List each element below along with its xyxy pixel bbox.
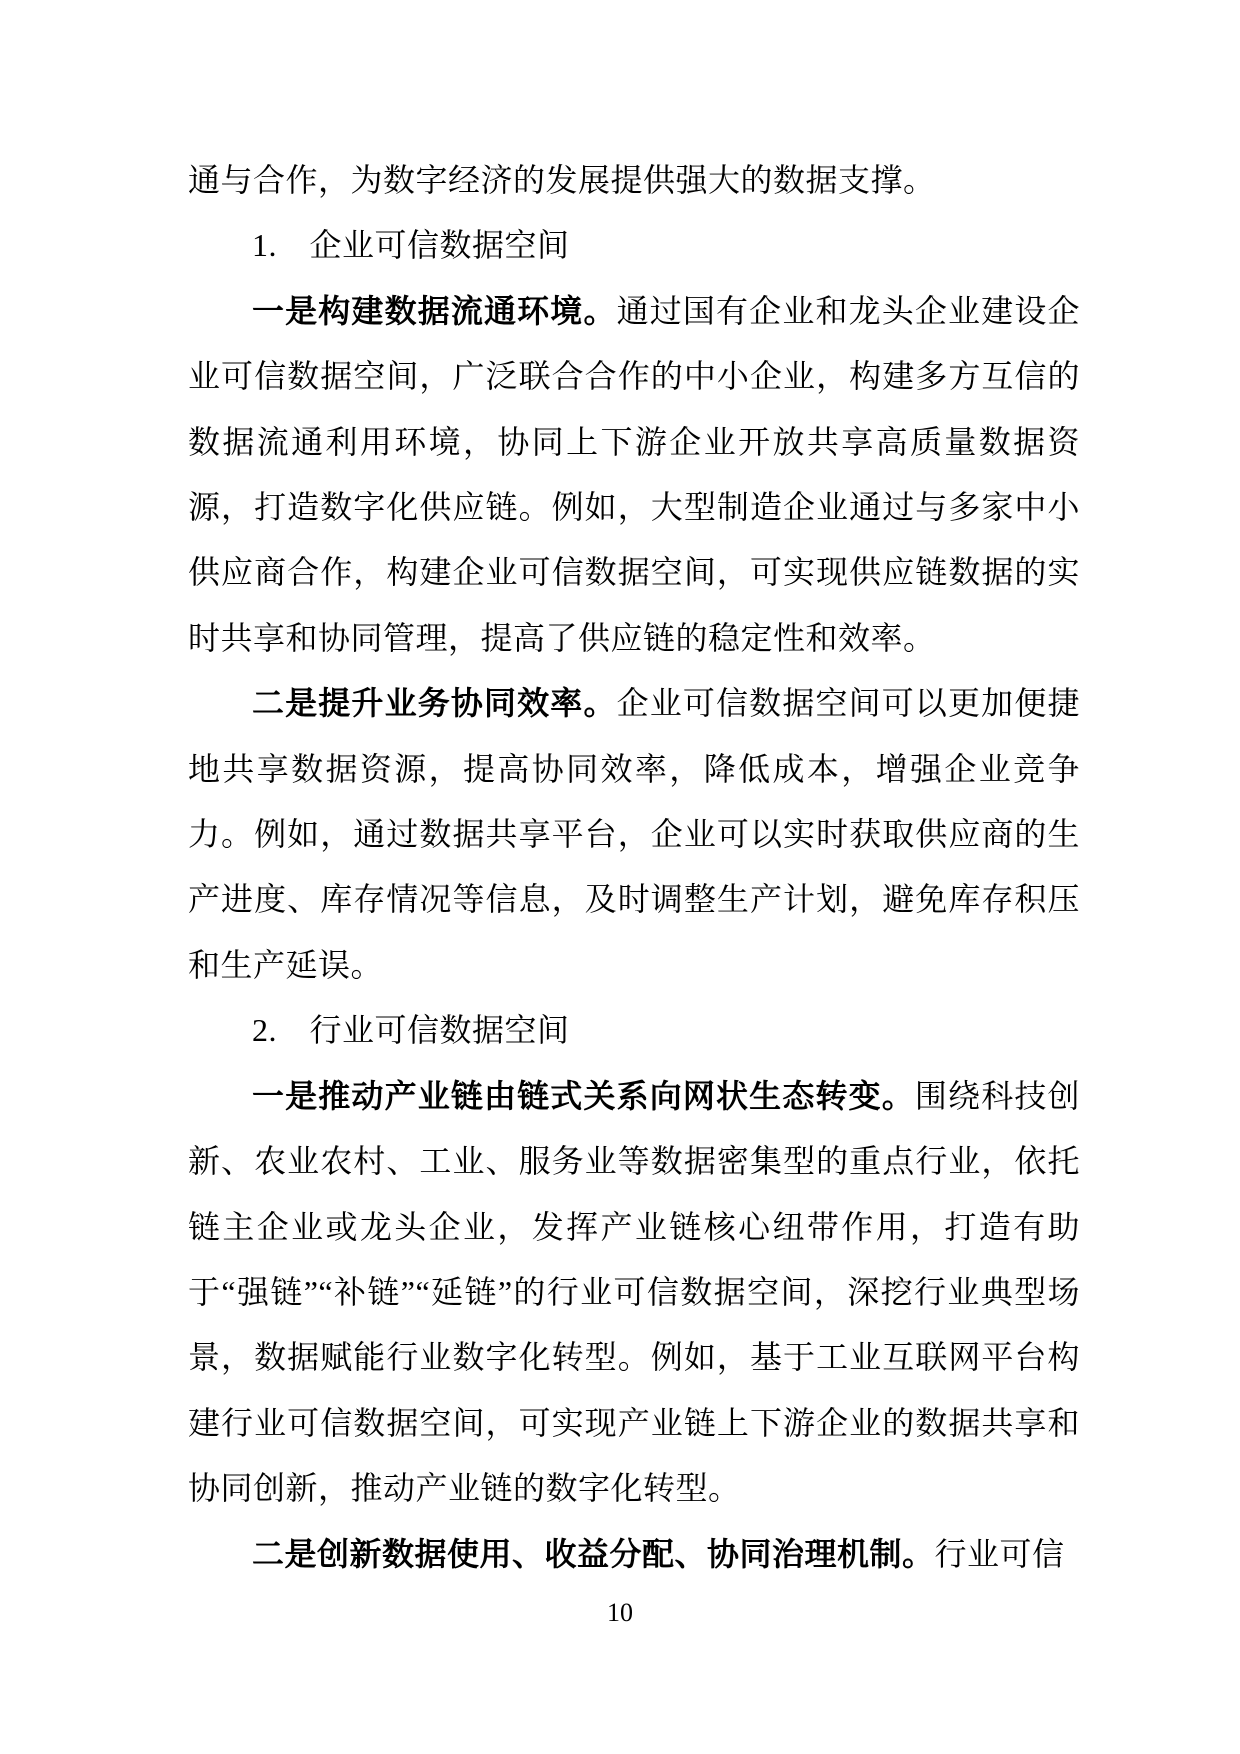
- paragraph-text: 通过国有企业和龙头企业建设企业可信数据空间，广泛联合合作的中小企业，构建多方互信…: [188, 293, 1080, 656]
- section-heading-2: 2. 行业可信数据空间: [188, 998, 1080, 1063]
- paragraph-lead-bold: 二是提升业务协同效率。: [252, 685, 617, 721]
- document-body: 通与合作，为数字经济的发展提供强大的数据支撑。 1. 企业可信数据空间 一是构建…: [188, 148, 1080, 1587]
- heading-text: 1. 企业可信数据空间: [252, 227, 570, 263]
- paragraph-text: 围绕科技创新、农业农村、工业、服务业等数据密集型的重点行业，依托链主企业或龙头企…: [188, 1078, 1080, 1506]
- page-number: 10: [0, 1598, 1240, 1628]
- paragraph-lead-bold: 一是推动产业链由链式关系向网状生态转变。: [252, 1078, 915, 1114]
- section-heading-1: 1. 企业可信数据空间: [188, 213, 1080, 278]
- paragraph: 一是推动产业链由链式关系向网状生态转变。围绕科技创新、农业农村、工业、服务业等数…: [188, 1064, 1080, 1522]
- paragraph-continuation: 通与合作，为数字经济的发展提供强大的数据支撑。: [188, 148, 1080, 213]
- paragraph-lead-bold: 一是构建数据流通环境。: [252, 293, 617, 329]
- paragraph-text: 行业可信: [935, 1536, 1065, 1572]
- paragraph-lead-bold: 二是创新数据使用、收益分配、协同治理机制。: [252, 1536, 935, 1572]
- heading-text: 2. 行业可信数据空间: [252, 1012, 570, 1048]
- paragraph: 二是创新数据使用、收益分配、协同治理机制。行业可信: [188, 1522, 1080, 1587]
- document-page: 通与合作，为数字经济的发展提供强大的数据支撑。 1. 企业可信数据空间 一是构建…: [0, 0, 1240, 1754]
- paragraph-text: 企业可信数据空间可以更加便捷地共享数据资源，提高协同效率，降低成本，增强企业竞争…: [188, 685, 1080, 983]
- paragraph: 一是构建数据流通环境。通过国有企业和龙头企业建设企业可信数据空间，广泛联合合作的…: [188, 279, 1080, 671]
- paragraph: 二是提升业务协同效率。企业可信数据空间可以更加便捷地共享数据资源，提高协同效率，…: [188, 671, 1080, 998]
- paragraph-text: 通与合作，为数字经济的发展提供强大的数据支撑。: [188, 162, 936, 198]
